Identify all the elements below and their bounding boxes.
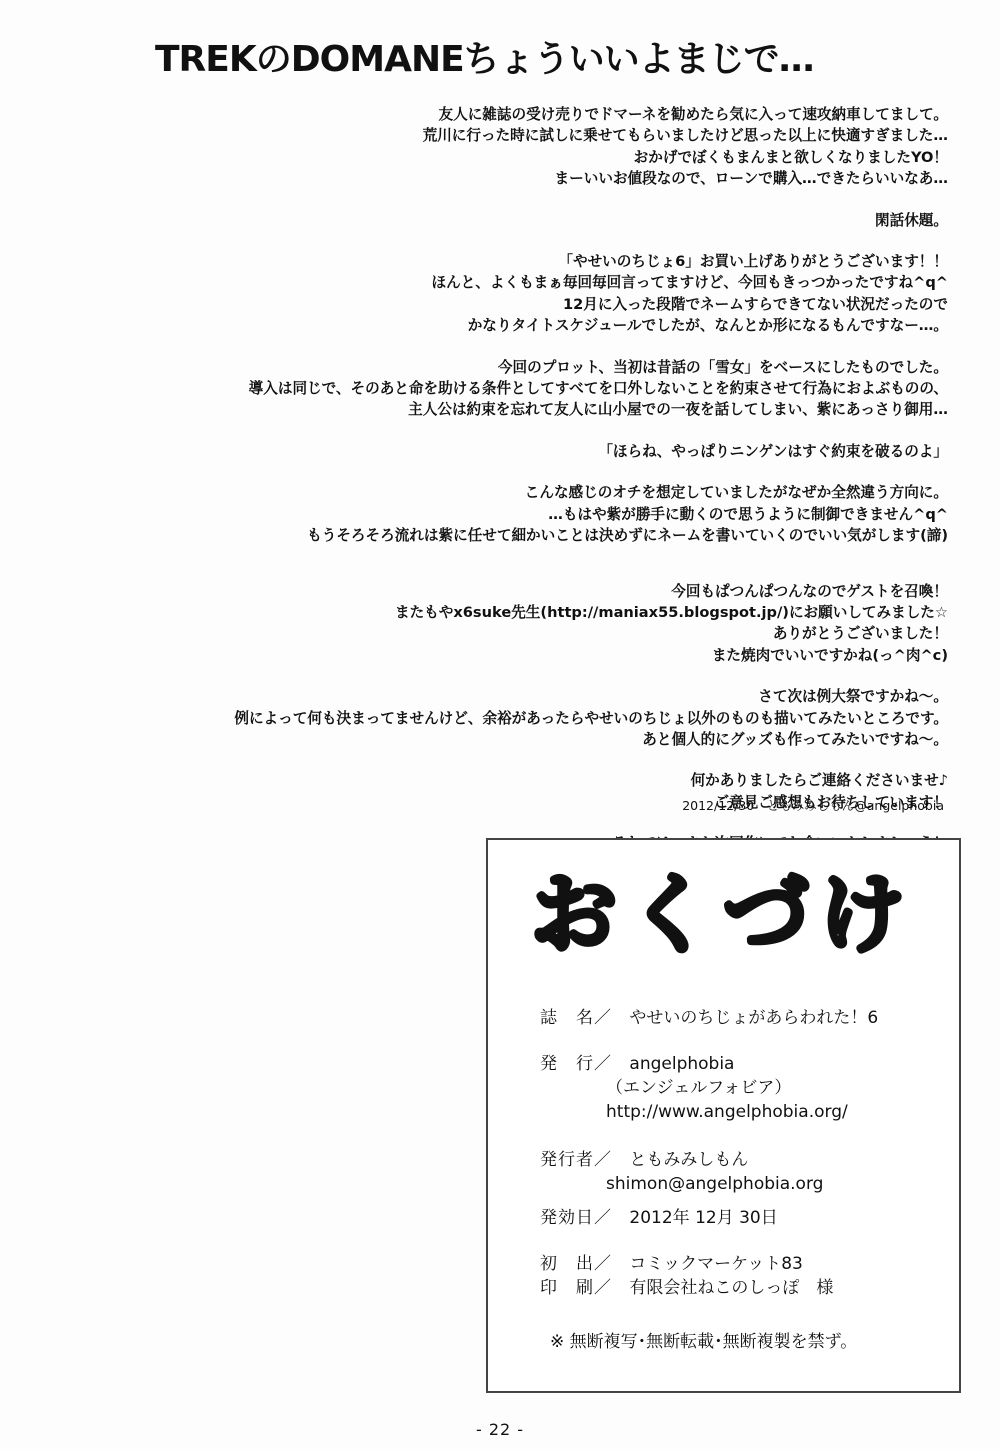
text-line: ありがとうございました！: [148, 623, 948, 644]
paragraph-quote: 「ほらね、やっぱりニンゲンはすぐ約束を破るのよ」: [148, 441, 948, 462]
text-line: また焼肉でいいですかね(っ^肉^c): [148, 645, 948, 666]
text-line: まーいいお値段なので、ローンで購入…できたらいいなあ…: [148, 168, 948, 189]
colophon-box: おくづけ 誌 名／ やせいのちじょがあらわれた！6 発 行／ angelphob…: [486, 838, 961, 1393]
text-line: 「ほらね、やっぱりニンゲンはすぐ約束を破るのよ」: [148, 441, 948, 462]
paragraph-bike: 友人に雑誌の受け売りでドマーネを勧めたら気に入って速攻納車してまして。 荒川に行…: [148, 104, 948, 190]
text-line: あと個人的にグッズも作ってみたいですね～。: [148, 729, 948, 750]
field-title: 誌 名／ やせいのちじょがあらわれた！6: [540, 1006, 878, 1030]
text-line: 友人に雑誌の受け売りでドマーネを勧めたら気に入って速攻納車してまして。: [148, 104, 948, 125]
colophon-heading: おくづけ: [518, 866, 928, 961]
svg-text:おくづけ: おくづけ: [531, 866, 915, 961]
paragraph-digression: 閑話休題。: [148, 210, 948, 231]
field-first-appearance: 初 出／ コミックマーケット83: [540, 1252, 803, 1276]
text-line: 「やせいのちじょ6」お買い上げありがとうございます！！: [148, 251, 948, 272]
text-line: おかげでぼくもまんまと欲しくなりましたYO！: [148, 147, 948, 168]
paragraph-plot: 今回のプロット、当初は昔話の「雪女」をベースにしたものでした。 導入は同じで、そ…: [148, 357, 948, 421]
text-line: …もはや紫が勝手に動くので思うように制御できません^q^: [148, 504, 948, 525]
paragraph-guest: 今回もぱつんぱつんなのでゲストを召喚！ またもやx6suke先生(http://…: [148, 581, 948, 667]
text-line: こんな感じのオチを想定していましたがなぜか全然違う方向に。: [148, 482, 948, 503]
copyright-notice: ※ 無断複写･無断転載･無断複製を禁ず。: [550, 1327, 857, 1352]
text-line: かなりタイトスケジュールでしたが、なんとか形になるもんですなー…。: [148, 315, 948, 336]
publisher-url: http://www.angelphobia.org/: [540, 1100, 848, 1124]
text-line: ほんと、よくもまぁ毎回毎回言ってますけど、今回もきっつかったですね^q^: [148, 272, 948, 293]
text-line: 導入は同じで、そのあと命を助ける条件としてすべてを口外しないことを約束させて行為…: [148, 378, 948, 399]
signature: 2012/12/30 ともみみしもん@angelphobia: [682, 796, 944, 814]
text-line: 例によって何も決まってませんけど、余裕があったらやせいのちじょ以外のものも描いて…: [148, 708, 948, 729]
text-line: 主人公は約束を忘れて友人に山小屋での一夜を話してしまい、紫にあっさり御用…: [148, 399, 948, 420]
paragraph-next: さて次は例大祭ですかね～。 例によって何も決まってませんけど、余裕があったらやせ…: [148, 686, 948, 750]
okuzuke-hand-lettered-icon: おくづけ: [518, 866, 928, 961]
field-publisher: 発 行／ angelphobia （エンジェルフォビア） http://www.…: [540, 1052, 848, 1124]
text-line: 閑話休題。: [148, 210, 948, 231]
text-line: 何かありましたらご連絡くださいませ♪: [148, 770, 948, 791]
issuer-email: shimon@angelphobia.org: [540, 1172, 823, 1196]
text-line: またもやx6suke先生(http://maniax55.blogspot.jp…: [148, 602, 948, 623]
paragraph-ending: こんな感じのオチを想定していましたがなぜか全然違う方向に。 …もはや紫が勝手に動…: [148, 482, 948, 546]
field-date: 発効日／ 2012年 12月 30日: [540, 1206, 778, 1230]
field-issuer: 発行者／ ともみみしもん shimon@angelphobia.org: [540, 1148, 823, 1196]
text-line: 今回もぱつんぱつんなのでゲストを召喚！: [148, 581, 948, 602]
page-number: - 22 -: [0, 1420, 1000, 1439]
text-line: もうそろそろ流れは紫に任せて細かいことは決めずにネームを書いていくのでいい気がし…: [148, 525, 948, 546]
paragraph-thanks: 「やせいのちじょ6」お買い上げありがとうございます！！ ほんと、よくもまぁ毎回毎…: [148, 251, 948, 337]
afterword-text: 友人に雑誌の受け売りでドマーネを勧めたら気に入って速攻納車してまして。 荒川に行…: [148, 104, 948, 875]
text-line: さて次は例大祭ですかね～。: [148, 686, 948, 707]
text-line: 荒川に行った時に試しに乗せてもらいましたけど思った以上に快適すぎました…: [148, 125, 948, 146]
text-line: 12月に入った段階でネームすらできてない状況だったので: [148, 294, 948, 315]
page-title: TREKのDOMANEちょういいよまじで…: [155, 42, 814, 78]
field-printer: 印 刷／ 有限会社ねこのしっぽ 様: [540, 1276, 833, 1300]
text-line: 今回のプロット、当初は昔話の「雪女」をベースにしたものでした。: [148, 357, 948, 378]
